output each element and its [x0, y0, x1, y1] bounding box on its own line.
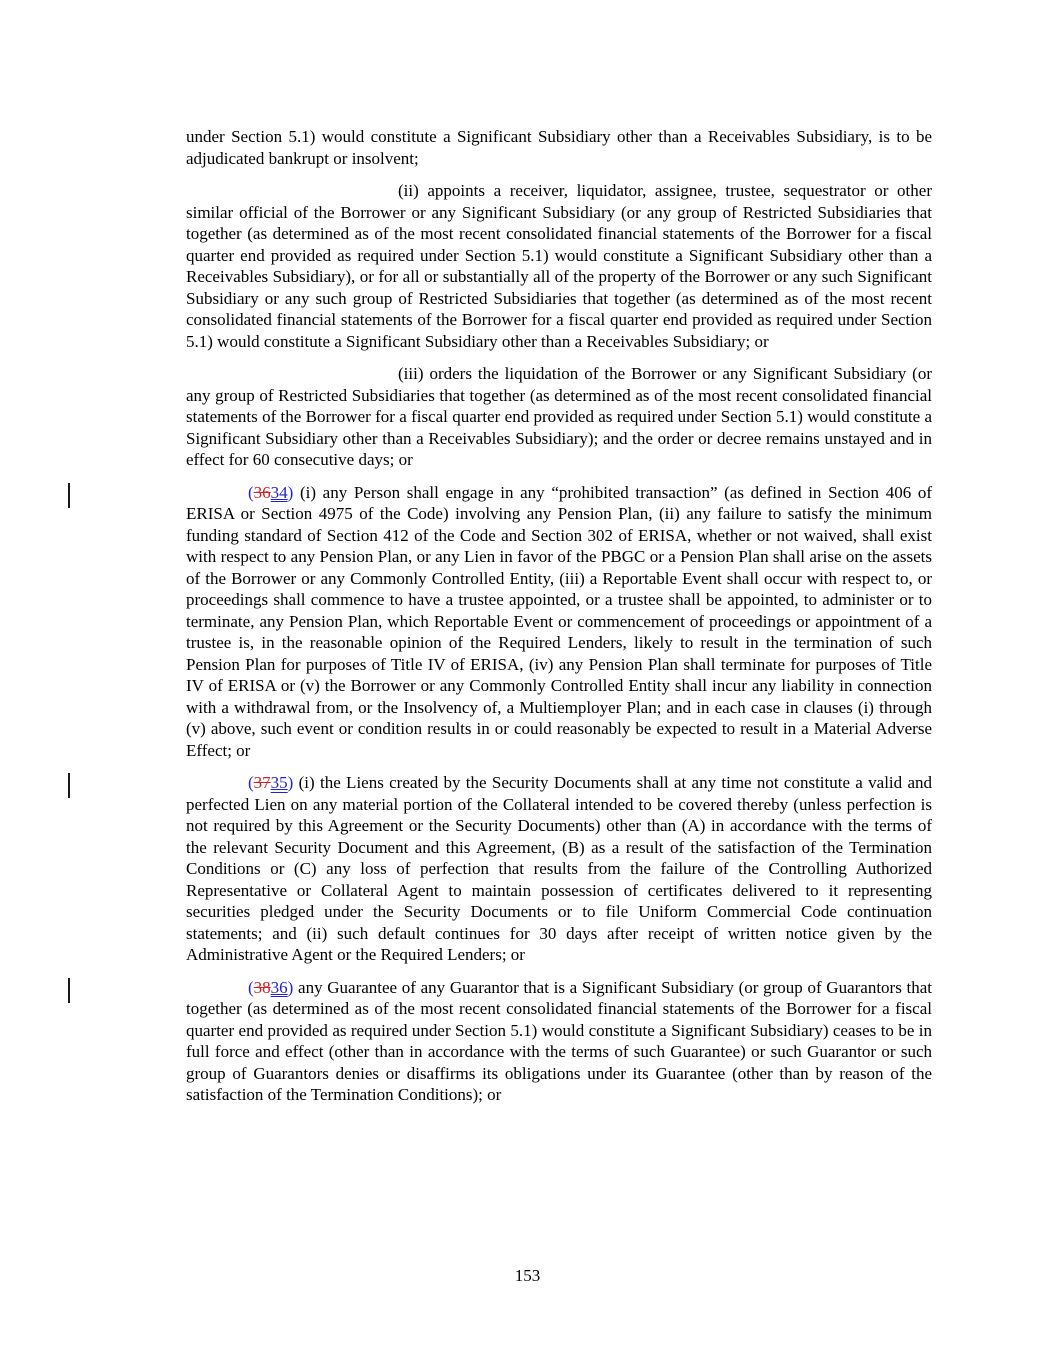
text-run: (iii) orders the liquidation of the Borr…: [186, 364, 932, 469]
paragraph-clause-34: (3634) (i) any Person shall engage in an…: [186, 482, 932, 762]
page-number: 153: [0, 1265, 1055, 1287]
document-body: under Section 5.1) would constitute a Si…: [186, 126, 932, 1117]
change-bar: [68, 773, 70, 798]
paragraph-clause-iii: (iii) orders the liquidation of the Borr…: [186, 363, 932, 471]
inserted-text: 35: [271, 773, 288, 792]
text-run: (i) any Person shall engage in any “proh…: [186, 483, 932, 760]
text-run: any Guarantee of any Guarantor that is a…: [186, 978, 932, 1105]
document-page: under Section 5.1) would constitute a Si…: [0, 0, 1055, 1365]
deleted-text: 36: [254, 483, 271, 502]
inserted-text: 34: [271, 483, 288, 502]
change-bar: [68, 483, 70, 508]
deleted-text: 37: [254, 773, 271, 792]
inserted-text: 36: [271, 978, 288, 997]
paragraph-continuation: under Section 5.1) would constitute a Si…: [186, 126, 932, 169]
deleted-text: 38: [254, 978, 271, 997]
text-run: under Section 5.1) would constitute a Si…: [186, 127, 932, 168]
paragraph-clause-36: (3836) any Guarantee of any Guarantor th…: [186, 977, 932, 1106]
paragraph-clause-ii: (ii) appoints a receiver, liquidator, as…: [186, 180, 932, 352]
paragraph-clause-35: (3735) (i) the Liens created by the Secu…: [186, 772, 932, 966]
text-run: (ii) appoints a receiver, liquidator, as…: [186, 181, 932, 351]
text-run: (i) the Liens created by the Security Do…: [186, 773, 932, 964]
change-bar: [68, 978, 70, 1003]
